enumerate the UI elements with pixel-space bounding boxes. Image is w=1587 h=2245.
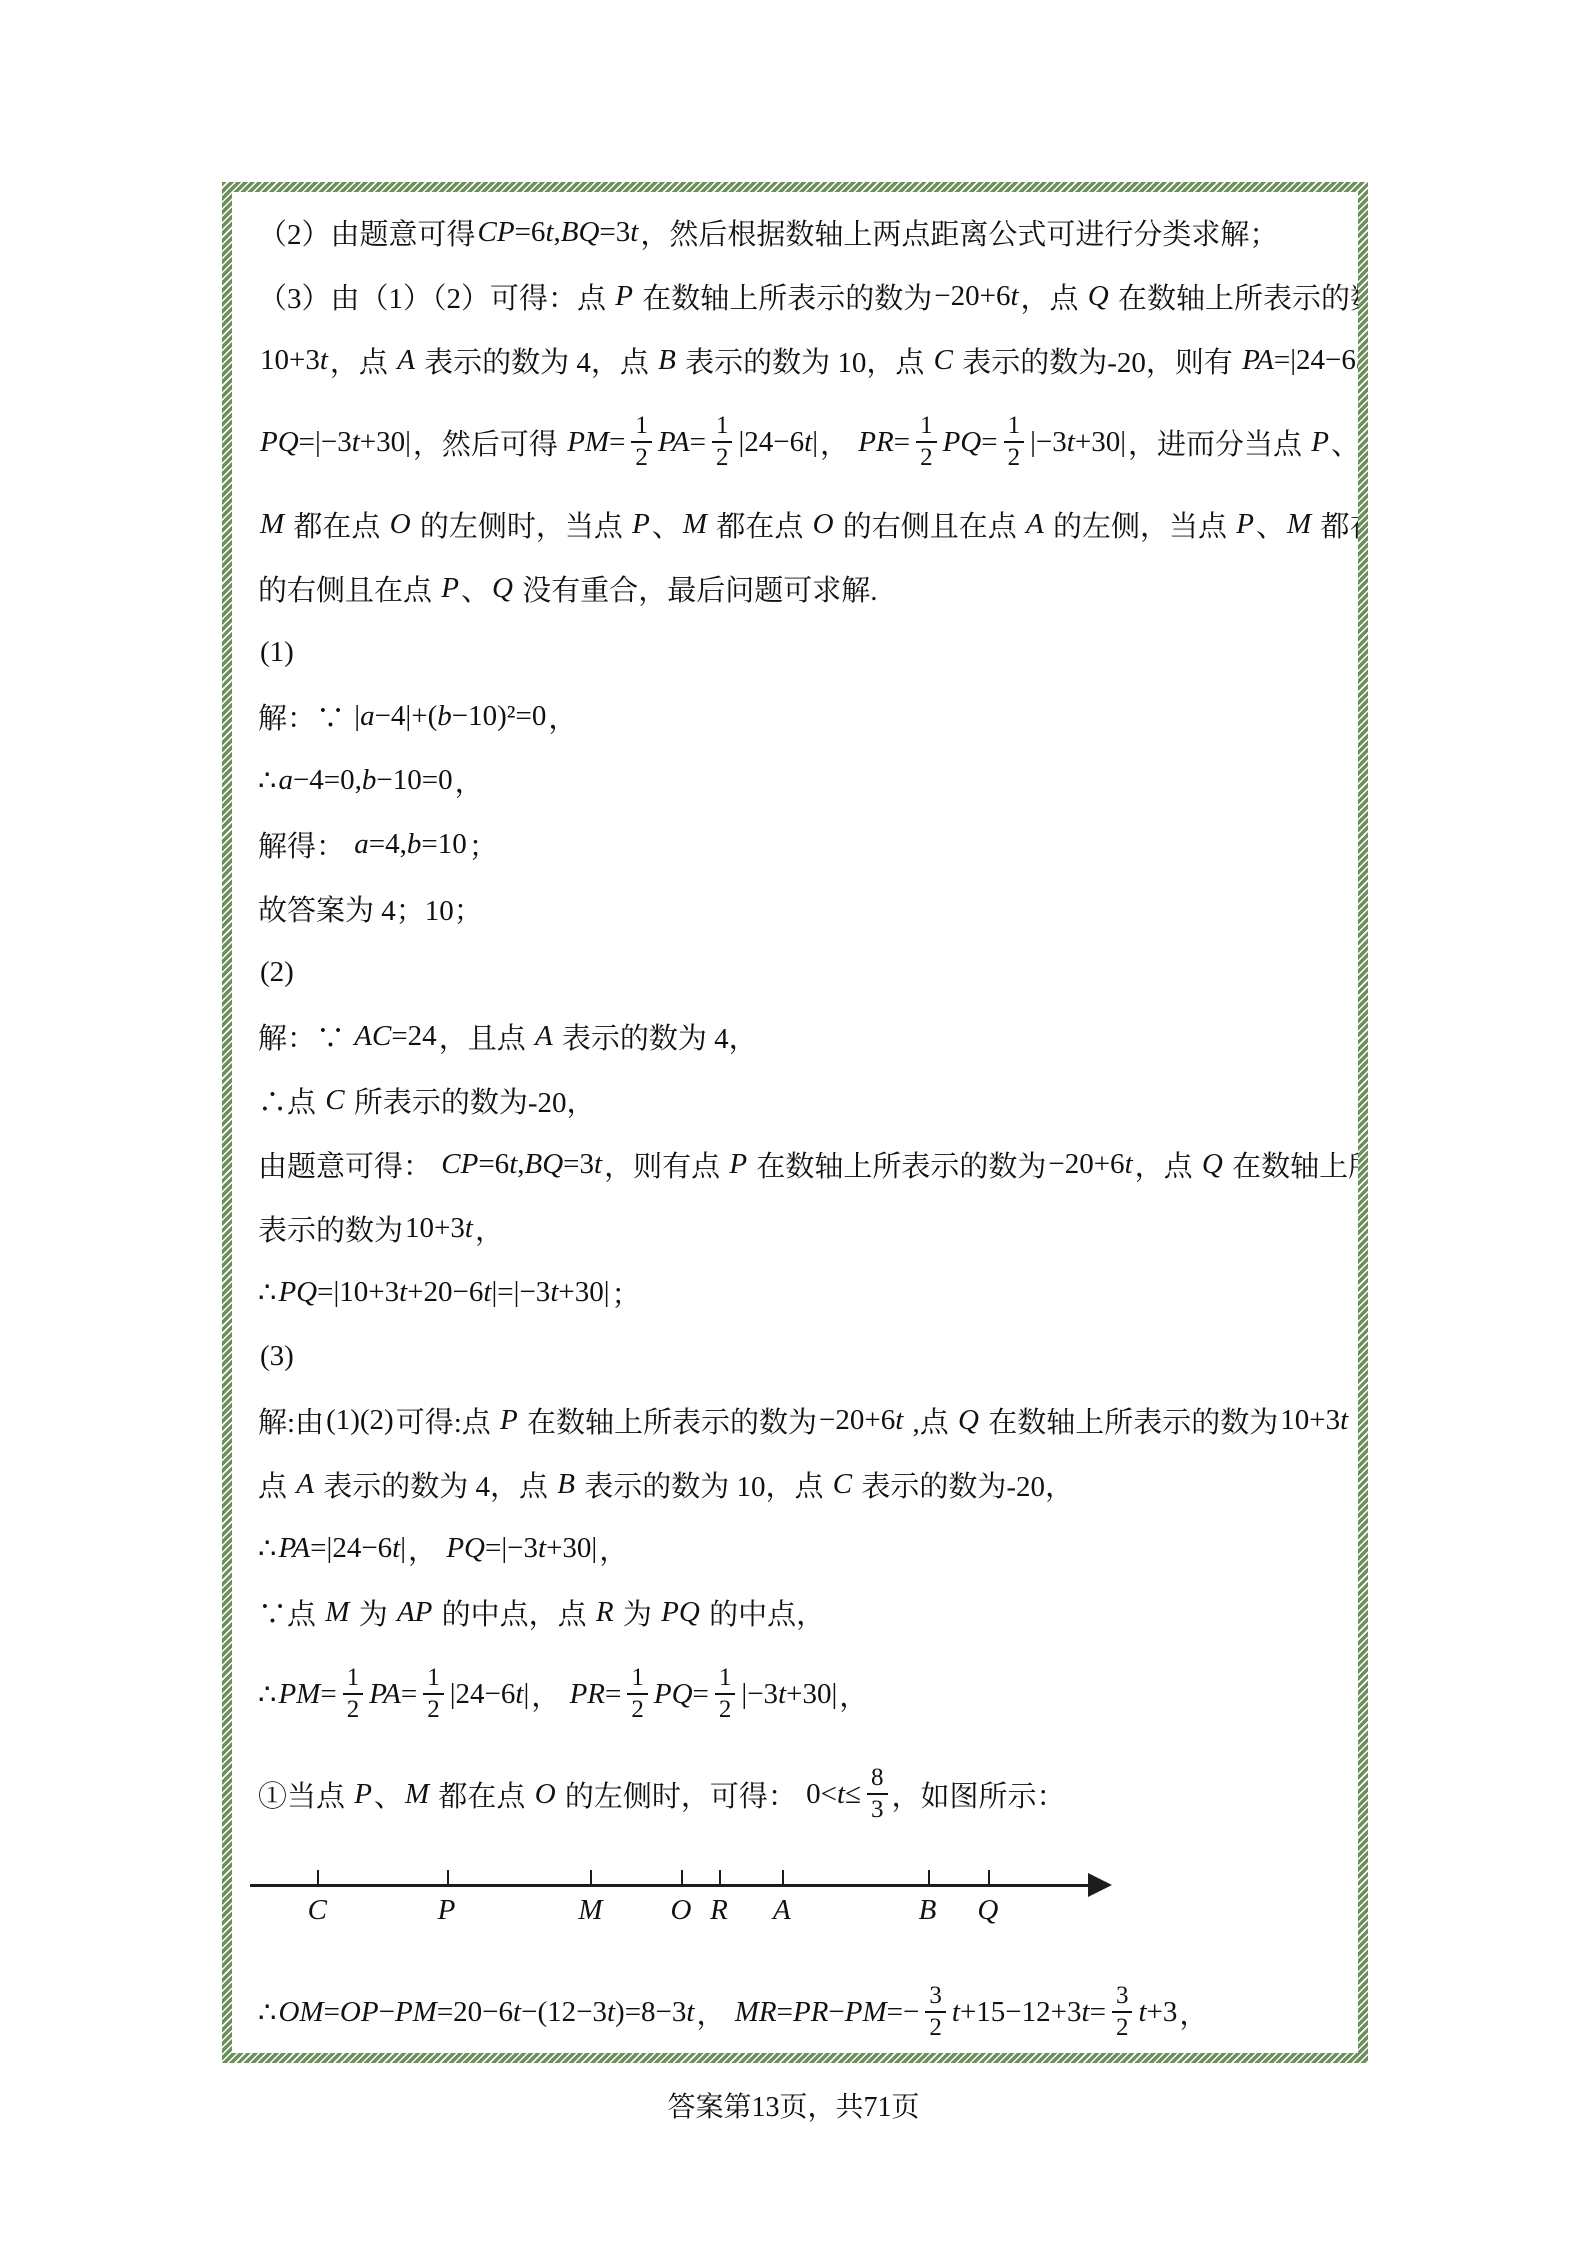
math-operator: =6: [515, 216, 546, 249]
math-variable: Q: [1088, 280, 1109, 313]
math-variable: PM: [567, 426, 609, 459]
cjk-text: 表示的数为 4，点: [316, 1464, 555, 1505]
text-line: 表示的数为10+3t，: [258, 1196, 1332, 1260]
math-run: PA=|24−6t|: [1242, 344, 1358, 377]
math-operator: 10+3: [1280, 1404, 1340, 1437]
math-run: a−4=0,b−10=0: [278, 764, 452, 797]
math-run: C: [833, 1468, 852, 1501]
math-variable: a: [278, 764, 293, 797]
math-variable: C: [833, 1468, 852, 1501]
math-run: t+3: [1138, 1996, 1177, 2029]
math-variable: PA: [1242, 344, 1274, 377]
cjk-text: ；: [612, 1272, 641, 1313]
fraction-denominator: 2: [925, 2011, 946, 2043]
math-operator: (1): [260, 636, 294, 669]
text-line: 由题意可得： CP=6t,BQ=3t，则有点 P 在数轴上所表示的数为−20+6…: [258, 1132, 1332, 1196]
cjk-text: （2）由题意可得: [258, 212, 476, 253]
cjk-text: ，: [839, 1674, 868, 1715]
math-variable: a: [354, 828, 369, 861]
math-operator: =: [690, 426, 706, 459]
fraction-numerator: 1: [712, 411, 733, 441]
math-variable: t: [952, 1996, 960, 2029]
math-variable: PQ: [260, 426, 299, 459]
text-line: ∴a−4=0,b−10=0，: [258, 748, 1332, 812]
cjk-text: 表示的数为 10，点: [678, 340, 932, 381]
fraction-denominator: 2: [627, 1693, 648, 1725]
fraction-denominator: 3: [867, 1793, 888, 1825]
math-run: |24−6t|: [450, 1678, 530, 1711]
text-line: 解:由(1)(2)可得:点 P 在数轴上所表示的数为−20+6t ,点 Q 在数…: [258, 1388, 1332, 1452]
fraction: 12: [1004, 411, 1025, 473]
math-run: PA=: [369, 1678, 417, 1711]
math-variable: PA: [658, 426, 690, 459]
cjk-text: ，: [1179, 1992, 1208, 2033]
cjk-text: ∴: [258, 1677, 276, 1712]
math-run: (2): [260, 956, 294, 989]
math-operator: 10+3: [260, 344, 320, 377]
text-line: 解：∵ AC=24，且点 A 表示的数为 4，: [258, 1004, 1332, 1068]
math-variable: AC: [354, 1020, 391, 1053]
cjk-text: 由题意可得：: [258, 1144, 439, 1185]
fraction-denominator: 2: [423, 1693, 444, 1725]
cjk-text: ,: [1350, 1404, 1358, 1437]
fraction: 12: [631, 411, 652, 473]
math-operator: |−3: [1030, 426, 1067, 459]
point-label: O: [671, 1894, 692, 1927]
math-operator: =|−3: [485, 1532, 538, 1565]
cjk-text: 解：∵: [258, 1016, 352, 1057]
math-variable: PR: [793, 1996, 828, 2029]
fraction-denominator: 2: [712, 441, 733, 473]
math-run: MR=PR−PM=−: [735, 1996, 920, 2029]
cjk-text: 所表示的数为-20，: [347, 1080, 596, 1121]
math-run: −20+6t: [1048, 1148, 1132, 1181]
math-operator: =: [401, 1678, 417, 1711]
cjk-text: 的右侧且在点: [836, 504, 1025, 545]
math-run: R: [596, 1596, 614, 1629]
cjk-text: ，: [408, 1528, 444, 1569]
math-variable: t: [1082, 1996, 1090, 2029]
cjk-text: 表示的数为-20，: [854, 1464, 1074, 1505]
math-operator: −: [828, 1996, 844, 2029]
math-operator: |24−6: [738, 426, 804, 459]
math-run: P: [632, 508, 650, 541]
math-operator: −10)²=0: [452, 700, 547, 733]
math-variable: t: [778, 1678, 786, 1711]
fraction-denominator: 2: [1112, 2011, 1133, 2043]
math-operator: =: [605, 1678, 621, 1711]
math-operator: +30|: [786, 1678, 837, 1711]
math-variable: CP: [478, 216, 515, 249]
fraction: 12: [423, 1663, 444, 1725]
cjk-text: ∵点: [258, 1592, 323, 1633]
math-variable: Q: [492, 572, 513, 605]
math-operator: −: [379, 1996, 395, 2029]
math-operator: −10=0: [376, 764, 452, 797]
math-variable: OM: [278, 1996, 323, 2029]
math-operator: =: [777, 1996, 793, 2029]
math-run: PQ=|−3t+30|: [446, 1532, 597, 1565]
math-run: PA=: [658, 426, 706, 459]
text-line: 的右侧且在点 P、Q 没有重合，最后问题可求解.: [258, 556, 1332, 620]
math-run: t+15−12+3t=: [952, 1996, 1106, 2029]
math-variable: MR: [735, 1996, 777, 2029]
math-variable: P: [441, 572, 459, 605]
math-run: C: [325, 1084, 344, 1117]
math-run: CP=6t,BQ=3t: [441, 1148, 602, 1181]
cjk-text: （3）由（1）（2）可得：点: [258, 276, 613, 317]
math-operator: =: [894, 426, 910, 459]
cjk-text: ；: [469, 824, 498, 865]
fraction-numerator: 1: [1004, 411, 1025, 441]
fraction-numerator: 1: [916, 411, 937, 441]
math-variable: t: [545, 216, 553, 249]
math-operator: −20+6: [819, 1404, 895, 1437]
math-variable: Q: [1202, 1148, 1223, 1181]
cjk-text: ∴点: [258, 1080, 323, 1121]
text-line: ∴PA=|24−6t|， PQ=|−3t+30|，: [258, 1516, 1332, 1580]
fraction-denominator: 2: [343, 1693, 364, 1725]
math-variable: PM: [278, 1678, 320, 1711]
cjk-text: ，则有点: [604, 1144, 727, 1185]
point-label: M: [578, 1894, 602, 1927]
math-run: O: [813, 508, 834, 541]
fraction-denominator: 2: [916, 441, 937, 473]
cjk-text: 在数轴上所表示的数为: [1111, 276, 1358, 317]
point-label: Q: [977, 1894, 998, 1927]
math-run: A: [296, 1468, 314, 1501]
math-operator: ≤: [845, 1778, 861, 1811]
math-operator: −4=0,: [293, 764, 362, 797]
point-label: R: [710, 1894, 728, 1927]
math-operator: ,: [554, 216, 561, 249]
fraction-numerator: 1: [631, 411, 652, 441]
math-variable: A: [296, 1468, 314, 1501]
math-operator: =: [1090, 1996, 1106, 2029]
math-variable: t: [515, 1678, 523, 1711]
math-operator: −4|+(: [375, 700, 438, 733]
math-variable: PA: [278, 1532, 310, 1565]
math-operator: =6: [478, 1148, 509, 1181]
math-variable: t: [837, 1778, 845, 1811]
math-operator: |: [400, 1532, 406, 1565]
math-operator: =: [981, 426, 997, 459]
math-operator: =10: [421, 828, 466, 861]
decorated-frame: （2）由题意可得CP=6t,BQ=3t，然后根据数轴上两点距离公式可进行分类求解…: [222, 182, 1368, 2063]
tick-mark: [447, 1870, 449, 1884]
math-variable: O: [390, 508, 411, 541]
cjk-text: 、: [1256, 504, 1285, 545]
math-run: CP=6t,BQ=3t: [478, 216, 639, 249]
math-operator: |: [523, 1678, 529, 1711]
math-run: Q: [958, 1404, 979, 1437]
cjk-text: 都在点: [1313, 504, 1358, 545]
number-line-figure: CPMORABQ: [250, 1844, 1112, 1962]
tick-mark: [317, 1870, 319, 1884]
math-operator: =|10+3: [317, 1276, 399, 1309]
math-operator: =20−6: [437, 1996, 513, 2029]
cjk-text: ，进而分当点: [1128, 422, 1309, 463]
math-variable: t: [594, 1148, 602, 1181]
math-variable: M: [260, 508, 284, 541]
math-variable: t: [1067, 426, 1075, 459]
cjk-text: ∴: [258, 1995, 276, 2030]
math-variable: A: [1026, 508, 1044, 541]
cjk-text: 故答案为 4；10；: [258, 888, 483, 929]
math-operator: (3): [260, 1340, 294, 1373]
math-variable: b: [407, 828, 422, 861]
fraction: 12: [712, 411, 733, 473]
math-variable: t: [320, 344, 328, 377]
tick-mark: [988, 1870, 990, 1884]
tick-mark: [928, 1870, 930, 1884]
math-operator: 10+3: [405, 1212, 465, 1245]
math-variable: O: [535, 1778, 556, 1811]
math-run: 10+3t: [1280, 1404, 1348, 1437]
math-variable: PM: [395, 1996, 437, 2029]
math-variable: a: [360, 700, 375, 733]
math-run: A: [1026, 508, 1044, 541]
text-line: ∴PQ=|10+3t+20−6t|=|−3t+30|；: [258, 1260, 1332, 1324]
cjk-text: ，然后可得: [413, 422, 565, 463]
math-run: P: [729, 1148, 747, 1181]
math-variable: M: [683, 508, 707, 541]
text-line: (3): [258, 1324, 1332, 1388]
math-run: 0<t≤: [806, 1778, 861, 1811]
math-run: a=4,b=10: [354, 828, 466, 861]
math-operator: ,: [517, 1148, 524, 1181]
math-variable: t: [630, 216, 638, 249]
fraction: 12: [343, 1663, 364, 1725]
tick-mark: [590, 1870, 592, 1884]
math-variable: t: [509, 1148, 517, 1181]
text-line: 故答案为 4；10；: [258, 876, 1332, 940]
point-label: A: [773, 1894, 791, 1927]
cjk-text: 表示的数为-20，则有: [955, 340, 1240, 381]
text-line: 解得： a=4,b=10；: [258, 812, 1332, 876]
math-operator: =: [324, 1996, 340, 2029]
math-variable: OP: [340, 1996, 379, 2029]
math-variable: t: [538, 1532, 546, 1565]
math-operator: =: [320, 1678, 336, 1711]
math-variable: PR: [570, 1678, 605, 1711]
math-run: Q: [492, 572, 513, 605]
math-run: PQ=: [943, 426, 998, 459]
math-run: −20+6t: [819, 1404, 903, 1437]
text-line: （3）由（1）（2）可得：点 P 在数轴上所表示的数为−20+6t，点 Q 在数…: [258, 264, 1332, 328]
math-variable: t: [1356, 344, 1358, 377]
cjk-text: ∴: [258, 763, 276, 798]
math-variable: PM: [845, 1996, 887, 2029]
math-operator: =|−3: [299, 426, 352, 459]
math-run: C: [934, 344, 953, 377]
math-variable: A: [535, 1020, 553, 1053]
math-run: |−3t+30|: [1030, 426, 1126, 459]
math-variable: A: [397, 344, 415, 377]
math-operator: +20−6: [407, 1276, 483, 1309]
point-label: P: [438, 1894, 456, 1927]
cjk-text: 、: [374, 1774, 403, 1815]
cjk-text: 解：∵: [258, 696, 352, 737]
cjk-text: 的左侧时，可得：: [558, 1774, 805, 1815]
math-variable: PR: [858, 426, 893, 459]
math-variable: P: [354, 1778, 372, 1811]
tick-mark: [782, 1870, 784, 1884]
text-line: （2）由题意可得CP=6t,BQ=3t，然后根据数轴上两点距离公式可进行分类求解…: [258, 200, 1332, 264]
text-line: M 都在点 O 的左侧时，当点 P、M 都在点 O 的右侧且在点 A 的左侧，当…: [258, 492, 1332, 556]
math-operator: |=|−3: [491, 1276, 550, 1309]
cjk-text: ，: [696, 1992, 732, 2033]
math-operator: +30|: [360, 426, 411, 459]
math-variable: t: [392, 1532, 400, 1565]
math-variable: PA: [369, 1678, 401, 1711]
math-operator: =24: [391, 1020, 436, 1053]
math-variable: B: [658, 344, 676, 377]
arrowhead-icon: [1088, 1873, 1112, 1897]
math-run: |−3t+30|: [741, 1678, 837, 1711]
cjk-text: ①当点: [258, 1774, 352, 1815]
cjk-text: ，: [455, 760, 484, 801]
cjk-text: 的中点，点: [434, 1592, 594, 1633]
math-run: |a−4|+(b−10)²=0: [354, 700, 546, 733]
math-variable: P: [729, 1148, 747, 1181]
math-run: −20+6t: [934, 280, 1018, 313]
fraction-numerator: 3: [1112, 1981, 1133, 2011]
math-run: O: [535, 1778, 556, 1811]
text-line: (2): [258, 940, 1332, 1004]
math-variable: PQ: [943, 426, 982, 459]
cjk-text: 在数轴上所: [1225, 1144, 1358, 1185]
cjk-text: ，: [531, 1674, 567, 1715]
cjk-text: ，点: [330, 340, 395, 381]
math-variable: t: [1125, 1148, 1133, 1181]
math-run: P: [1311, 426, 1329, 459]
page-footer: 答案第13页，共71页: [0, 2085, 1587, 2125]
math-run: PR=: [570, 1678, 622, 1711]
cjk-text: 在数轴上所表示的数为: [520, 1400, 817, 1441]
fraction: 12: [715, 1663, 736, 1725]
cjk-text: ，: [475, 1208, 504, 1249]
math-run: (1): [260, 636, 294, 669]
math-run: PQ=|10+3t+20−6t|=|−3t+30|: [278, 1276, 609, 1309]
math-run: P: [441, 572, 459, 605]
text-line: PQ=|−3t+30|，然后可得 PM=12PA=12|24−6t|， PR=1…: [258, 392, 1332, 492]
math-run: B: [658, 344, 676, 377]
math-variable: CP: [441, 1148, 478, 1181]
math-run: PQ=|−3t+30|: [260, 426, 411, 459]
math-operator: =: [693, 1678, 709, 1711]
fraction: 32: [925, 1981, 946, 2043]
cjk-text: 解:由: [258, 1400, 324, 1441]
tick-mark: [681, 1870, 683, 1884]
math-run: PQ: [661, 1596, 700, 1629]
math-operator: −20+6: [934, 280, 1010, 313]
cjk-text: 可得:点: [396, 1400, 498, 1441]
math-run: |24−6t|: [738, 426, 818, 459]
math-variable: t: [804, 426, 812, 459]
text-line: (1): [258, 620, 1332, 684]
point-label: B: [919, 1894, 937, 1927]
math-operator: =|24−6: [310, 1532, 392, 1565]
cjk-text: 在数轴上所表示的数为: [981, 1400, 1278, 1441]
fraction-numerator: 1: [423, 1663, 444, 1693]
cjk-text: 表示的数为 4，: [555, 1016, 758, 1057]
math-variable: P: [1236, 508, 1254, 541]
math-run: OM=OP−PM=20−6t−(12−3t)=8−3t: [278, 1996, 694, 2029]
math-variable: C: [325, 1084, 344, 1117]
math-operator: =3: [599, 216, 630, 249]
math-run: AC=24: [354, 1020, 436, 1053]
fraction-denominator: 2: [631, 441, 652, 473]
math-run: (3): [260, 1340, 294, 1373]
number-line-axis: [250, 1884, 1092, 1887]
math-operator: +30|: [1075, 426, 1126, 459]
math-variable: AP: [397, 1596, 432, 1629]
cjk-text: 表示的数为 4，点: [417, 340, 656, 381]
cjk-text: 、: [652, 504, 681, 545]
math-variable: M: [325, 1596, 349, 1629]
math-run: 10+3t: [260, 344, 328, 377]
cjk-text: ，: [820, 422, 856, 463]
fraction: 83: [867, 1763, 888, 1825]
fraction-denominator: 2: [1004, 441, 1025, 473]
math-run: PA=|24−6t|: [278, 1532, 406, 1565]
math-run: M: [405, 1778, 429, 1811]
math-variable: BQ: [561, 216, 600, 249]
math-variable: M: [405, 1778, 429, 1811]
fraction-denominator: 2: [715, 1693, 736, 1725]
math-variable: t: [686, 1996, 694, 2029]
math-run: Q: [1088, 280, 1109, 313]
math-variable: PQ: [278, 1276, 317, 1309]
cjk-text: 在数轴上所表示的数为: [749, 1144, 1046, 1185]
cjk-text: ，点: [1135, 1144, 1200, 1185]
math-operator: +3: [1147, 1996, 1178, 2029]
math-operator: 0<: [806, 1778, 837, 1811]
math-variable: PQ: [654, 1678, 693, 1711]
fraction: 12: [627, 1663, 648, 1725]
math-variable: O: [813, 508, 834, 541]
math-variable: PQ: [446, 1532, 485, 1565]
text-line: ∴PM=12PA=12|24−6t|， PR=12PQ=12|−3t+30|，: [258, 1644, 1332, 1744]
page: { "page": { "footer": "答案第13页，共71页" }, "…: [0, 0, 1587, 2245]
cjk-text: 的右侧且在点: [258, 568, 439, 609]
cjk-text: ，: [599, 1528, 628, 1569]
cjk-text: 的左侧时，当点: [413, 504, 631, 545]
cjk-text: 没有重合，最后问题可求解.: [515, 568, 878, 609]
cjk-text: 为: [616, 1592, 660, 1633]
math-variable: C: [934, 344, 953, 377]
cjk-text: 点: [258, 1464, 294, 1505]
point-label: C: [308, 1894, 327, 1927]
math-variable: BQ: [525, 1148, 564, 1181]
cjk-text: 表示的数为 10，点: [577, 1464, 831, 1505]
math-variable: t: [483, 1276, 491, 1309]
math-variable: R: [596, 1596, 614, 1629]
cjk-text: 解得：: [258, 824, 352, 865]
math-variable: b: [437, 700, 452, 733]
math-variable: t: [895, 1404, 903, 1437]
cjk-text: 、: [461, 568, 490, 609]
math-variable: t: [1340, 1404, 1348, 1437]
math-operator: =3: [563, 1148, 594, 1181]
math-run: B: [557, 1468, 575, 1501]
math-operator: (2): [260, 956, 294, 989]
cjk-text: 的中点，: [702, 1592, 825, 1633]
math-run: O: [390, 508, 411, 541]
math-variable: t: [399, 1276, 407, 1309]
math-run: A: [535, 1020, 553, 1053]
